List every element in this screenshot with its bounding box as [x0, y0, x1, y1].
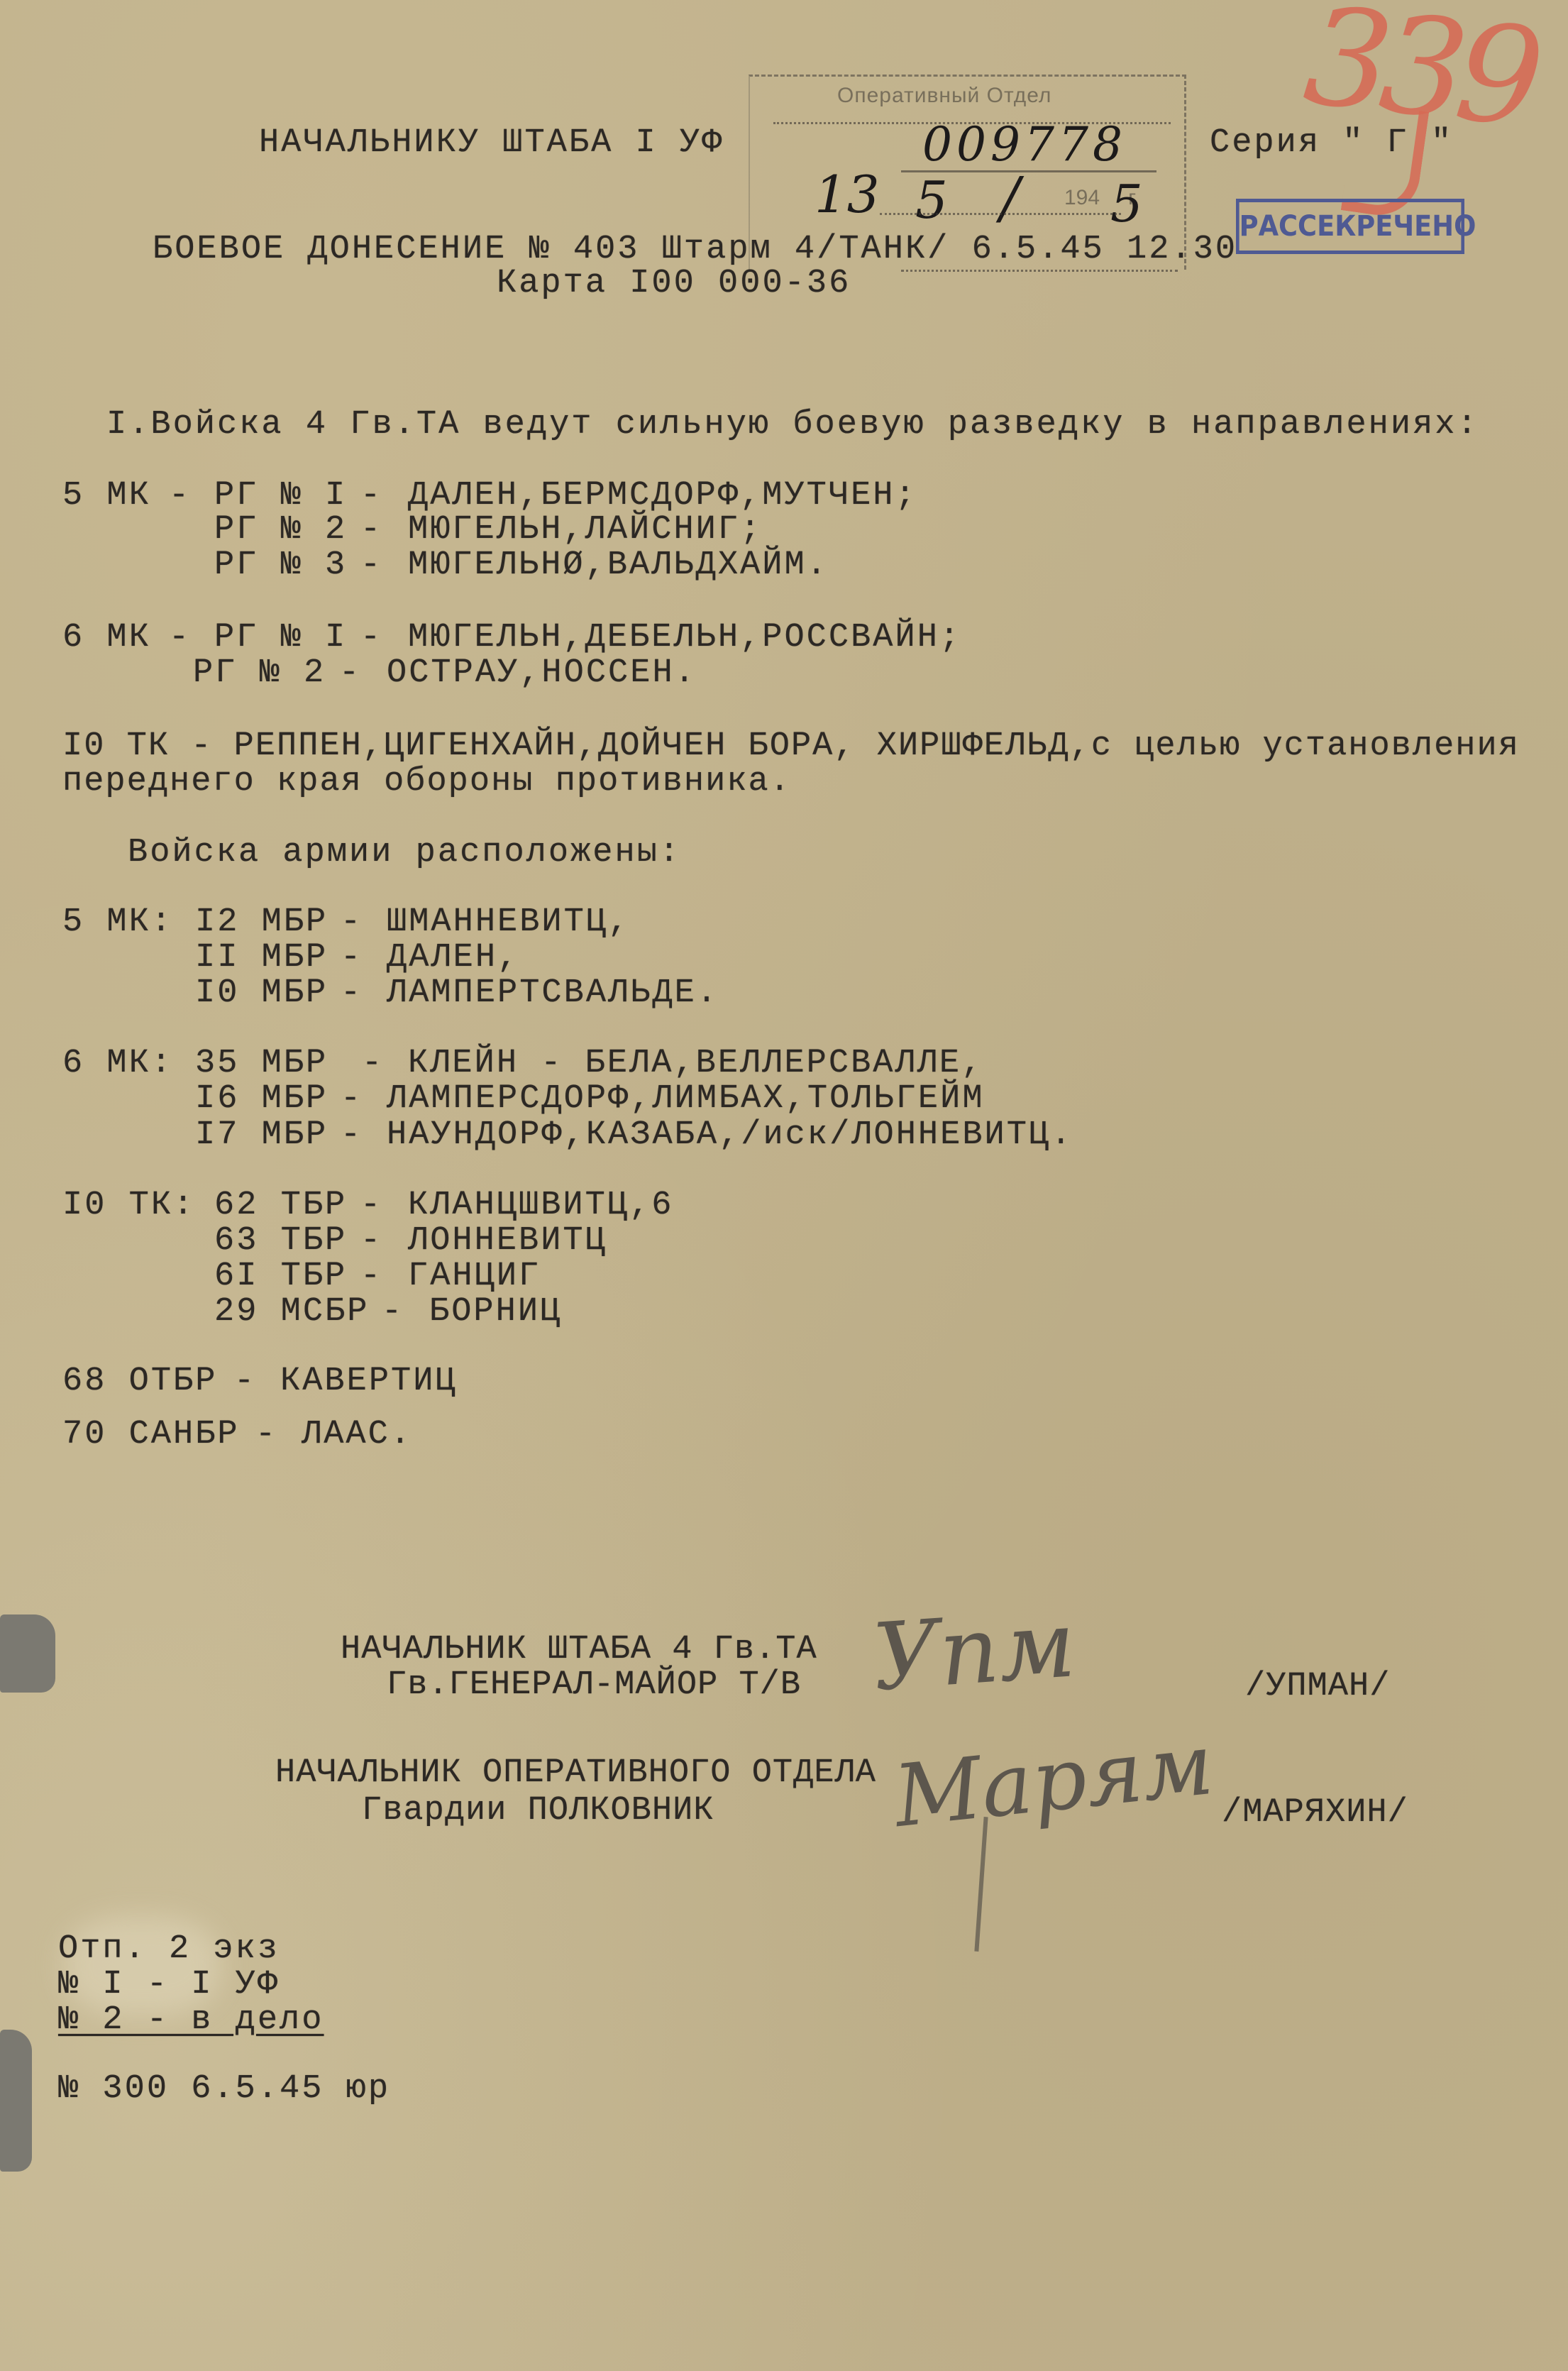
brigade-name: 63 ТБР — [214, 1224, 347, 1258]
brigade-name: 35 МБР — [195, 1047, 350, 1080]
brigade-location: КЛЕЙН - БЕЛА,ВЕЛЛЕРСВАЛЛЕ, — [408, 1047, 983, 1080]
copies-count: Отп. 2 экз — [58, 1932, 280, 1966]
addressee: НАЧАЛЬНИКУ ШТАБА I УФ — [259, 126, 724, 160]
copy-1-recipient: № I - I УФ — [58, 1968, 280, 2001]
signer2-rank: Гвардии ПОЛКОВНИК — [362, 1794, 714, 1827]
ops-stamp-number: 009778 — [922, 117, 1127, 172]
recon-dash: - — [169, 479, 191, 512]
recon-group-label: РГ № 3 — [214, 549, 347, 582]
separate-unit-location: КАВЕРТИЦ — [280, 1365, 458, 1398]
signer2-handwritten-signature: Марям — [890, 1715, 1218, 1847]
recon-group-label: РГ № I — [214, 621, 347, 654]
signer1-rank: Гв.ГЕНЕРАЛ-МАЙОР Т/В — [387, 1668, 801, 1702]
pos-dash: - — [360, 1224, 382, 1258]
recon-10tk-line1: I0 ТК - РЕППЕН,ЦИГЕНХАЙН,ДОЙЧЕН БОРА, ХИ… — [62, 730, 1520, 763]
ops-stamp-day: 13 — [815, 165, 880, 224]
map-reference: Карта I00 000-36 — [497, 267, 851, 300]
brigade-location: ЛОННЕВИТЦ — [408, 1224, 607, 1258]
recon-group-targets: МЮГЕЛЬНØ,ВАЛЬДХАЙМ. — [408, 549, 829, 582]
brigade-location: ШМАННЕВИТЦ, — [387, 906, 630, 939]
stamp-line-4 — [901, 270, 1178, 272]
brigade-name: II МБР — [195, 941, 328, 974]
brigade-location: БОРНИЦ — [429, 1295, 562, 1328]
brigade-name: I6 МБР — [195, 1082, 328, 1116]
pos-dash: - — [255, 1418, 277, 1451]
recon-group-targets: ДАЛЕН,БЕРМСДОРФ,МУТЧЕН; — [408, 479, 917, 512]
recon-dash: - — [339, 656, 361, 690]
ops-stamp-year-text: 194 — [1064, 186, 1100, 209]
pos-dash: - — [362, 1047, 384, 1080]
recon-10tk-line2: переднего края обороны противника. — [62, 765, 791, 798]
recon-dash: - — [360, 479, 382, 512]
outgoing-number: № 300 6.5.45 юр — [58, 2072, 390, 2106]
separate-unit-name: 70 САНБР — [62, 1418, 240, 1451]
pos-dash: - — [341, 977, 363, 1010]
stamp-line-3 — [880, 213, 1121, 215]
ops-stamp-month: 5 — [915, 170, 948, 230]
recon-group-label: РГ № I — [214, 479, 347, 512]
pos-dash: - — [360, 1189, 382, 1222]
brigade-name: I0 МБР — [195, 977, 328, 1010]
pos-dash: - — [382, 1295, 404, 1328]
brigade-name: I2 МБР — [195, 906, 328, 939]
brigade-location: КЛАНЦШВИТЦ,6 — [408, 1189, 673, 1222]
recon-dash: - — [360, 621, 382, 654]
signer1-title: НАЧАЛЬНИК ШТАБА 4 Гв.ТА — [341, 1633, 817, 1666]
recon-6mk-unit: 6 МК — [62, 621, 151, 654]
recon-dash: - — [169, 621, 191, 654]
recon-group-targets: МЮГЕЛЬН,ДЕБЕЛЬН,РОССВАЙН; — [408, 621, 961, 654]
recon-group-label: РГ № 2 — [214, 513, 347, 546]
pos-6mk-unit: 6 МК: — [62, 1047, 173, 1080]
pos-5mk-unit: 5 МК: — [62, 906, 173, 939]
brigade-name: I7 МБР — [195, 1118, 328, 1152]
binding-mark-lower — [0, 2030, 32, 2172]
copy-2-recipient: № 2 - в дело — [58, 2003, 324, 2037]
signer2-name: /МАРЯХИН/ — [1222, 1796, 1408, 1830]
binding-mark-upper — [0, 1614, 55, 1693]
recon-dash: - — [360, 513, 382, 546]
report-title: БОЕВОЕ ДОНЕСЕНИЕ № 403 Штарм 4/ТАНК/ 6.5… — [153, 233, 1237, 266]
positions-heading: Войска армии расположены: — [128, 836, 681, 869]
pos-dash: - — [341, 941, 363, 974]
brigade-location: ЛАМПЕРСДОРФ,ЛИМБАХ,ТОЛЬГЕЙМ — [387, 1082, 985, 1116]
ops-stamp-title: Оперативный Отдел — [837, 84, 1051, 108]
recon-dash: - — [360, 549, 382, 582]
recon-5mk-unit: 5 МК — [62, 479, 151, 512]
signer1-handwritten-signature: Упм — [869, 1590, 1078, 1712]
pos-dash: - — [360, 1260, 382, 1293]
pos-dash: - — [341, 1118, 363, 1152]
signer1-name: /УПМАН/ — [1245, 1670, 1390, 1703]
brigade-name: 29 МСБР — [214, 1295, 369, 1328]
separate-unit-location: ЛААС. — [302, 1418, 412, 1451]
recon-group-targets: ОСТРАУ,НОССЕН. — [387, 656, 697, 690]
recon-group-label: РГ № 2 — [193, 656, 326, 690]
recon-group-targets: МЮГЕЛЬН,ЛАЙСНИГ; — [408, 513, 762, 546]
brigade-location: ГАНЦИГ — [408, 1260, 541, 1293]
pos-dash: - — [341, 1082, 363, 1116]
pos-dash: - — [341, 906, 363, 939]
pos-dash: - — [234, 1365, 256, 1398]
brigade-location: ДАЛЕН, — [387, 941, 519, 974]
ops-stamp-slash: / — [1000, 165, 1020, 231]
brigade-name: 62 ТБР — [214, 1189, 347, 1222]
pos-10tk-unit: I0 ТК: — [62, 1189, 195, 1222]
separate-unit-name: 68 ОТБР — [62, 1365, 217, 1398]
brigade-location: ЛАМПЕРТСВАЛЬДЕ. — [387, 977, 719, 1010]
brigade-name: 6I ТБР — [214, 1260, 347, 1293]
brigade-location: НАУНДОРФ,КАЗАБА,/иск/ЛОННЕВИТЦ. — [387, 1118, 1073, 1152]
declassified-stamp: РАССЕКРЕЧЕНО — [1236, 199, 1464, 254]
signer2-title: НАЧАЛЬНИК ОПЕРАТИВНОГО ОТДЕЛА — [275, 1756, 876, 1790]
recon-intro: I.Войска 4 Гв.ТА ведут сильную боевую ра… — [106, 408, 1479, 441]
ops-stamp-year-hand: 5 — [1110, 174, 1143, 233]
